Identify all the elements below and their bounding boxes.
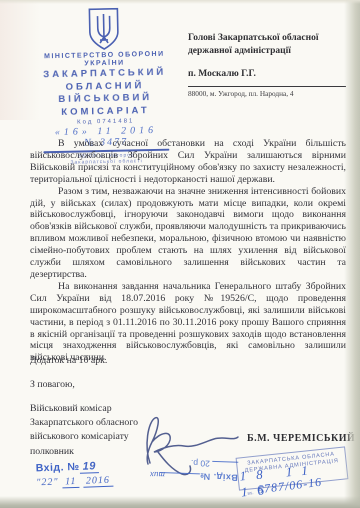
- paragraph: В умовах сучасної обстановки на сході Ук…: [30, 138, 346, 186]
- incoming-date-day: "22": [36, 477, 59, 489]
- inverted-handwriting: тих: [150, 470, 165, 480]
- paragraph: Разом з тим, незважаючи на значне знижен…: [30, 186, 346, 281]
- inverted-stamp-year: 20 р.: [191, 458, 210, 469]
- incoming-stamp-date-line: "22" 11 2016: [36, 475, 113, 490]
- closing-salutation: З повагою,: [30, 379, 75, 390]
- incoming-registration-stamp: Вхід. №19 "22" 11 2016: [36, 460, 114, 490]
- org-line: ЗАКАРПАТСЬКИЙ: [28, 67, 182, 81]
- scanned-letter-page: МІНІСТЕРСТВО ОБОРОНИ УКРАЇНИ ЗАКАРПАТСЬК…: [0, 0, 360, 508]
- recipient-title-line: державної адміністрації: [188, 45, 348, 58]
- incoming-stamp-label: Вхід. №: [36, 461, 80, 475]
- signer-title-block: Військовий комісар Закарпатського обласн…: [30, 402, 138, 459]
- signer-name: Б.М. ЧЕРЕМІСЬКИЙ: [247, 433, 355, 444]
- blank-line: [160, 472, 200, 474]
- signer-rank: полковник: [30, 445, 138, 459]
- signer-title-line: Закарпатського обласного: [30, 416, 138, 430]
- signer-title-line: Військовий комісар: [30, 402, 138, 416]
- attachment-note: Додаток на 10 арк.: [30, 355, 107, 366]
- inverted-stamp-label: Вхід. №: [199, 471, 237, 482]
- recipient-address: 88000, м. Ужгород, пл. Народна, 4: [188, 89, 348, 98]
- incoming-stamp-number-line: Вхід. №19: [36, 460, 113, 476]
- recipient-divider: [188, 86, 346, 87]
- paragraph: На виконання завдання начальника Генерал…: [30, 281, 346, 364]
- letter-body: В умовах сучасної обстановки на сході Ук…: [30, 138, 346, 364]
- incoming-date-year: 2016: [83, 475, 113, 488]
- recipient-name: п. Москалю Г.Г.: [188, 69, 348, 79]
- recipient-block: Голові Закарпатської обласної державної …: [188, 32, 348, 98]
- incoming-date-month: 11: [62, 476, 80, 489]
- org-line: ВІЙСЬКОВИЙ: [28, 92, 182, 106]
- signer-title-line: військового комісаріату: [30, 430, 138, 444]
- scan-edge-right: [344, 0, 360, 508]
- scan-edge-left-tint: [0, 0, 40, 120]
- inverted-stamp-year-line: 20 р.: [138, 456, 238, 469]
- incoming-number-handwritten: 19: [79, 460, 99, 474]
- ukraine-trident-icon: [86, 8, 121, 51]
- org-line: КОМІСАРІАТ: [28, 105, 182, 119]
- scan-edge-bottom: [0, 496, 360, 508]
- blank-line: [212, 461, 238, 463]
- org-line: ОБЛАСНИЙ: [28, 80, 182, 94]
- administration-incoming-stamp: ЗАКАРПАТСЬКА ОБЛАСНА ДЕРЖАВНА АДМІНІСТРА…: [236, 446, 349, 490]
- recipient-title-line: Голові Закарпатської обласної: [188, 32, 348, 45]
- scan-edge-top: [0, 0, 360, 4]
